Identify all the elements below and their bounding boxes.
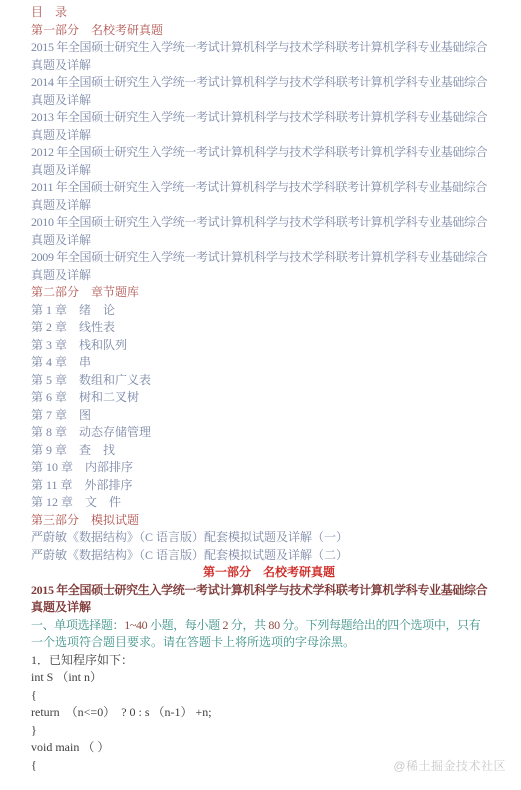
toc-exam-entry-line1: 2010 年全国硕士研究生入学统一考试计算机科学与技术学科联考计算机学科专业基础…: [31, 214, 507, 232]
toc-exam-entry-line1: 2014 年全国硕士研究生入学统一考试计算机科学与技术学科联考计算机学科专业基础…: [31, 74, 507, 92]
toc-exam-entry-line2: 真题及详解: [31, 232, 507, 250]
instruction-number: 80: [268, 618, 279, 632]
code-line: {: [31, 687, 507, 705]
instruction-text: 分。下列每题给出的四个选项中，只有: [280, 618, 481, 632]
code-line: void main （ ）: [31, 739, 507, 757]
toc-exam-entry: 2013 年全国硕士研究生入学统一考试计算机科学与技术学科联考计算机学科专业基础…: [31, 109, 507, 144]
toc-exam-entry: 2012 年全国硕士研究生入学统一考试计算机科学与技术学科联考计算机学科专业基础…: [31, 144, 507, 179]
watermark: @稀土掘金技术社区: [393, 757, 506, 774]
toc-chapter-item: 第 7 章 图: [31, 407, 507, 425]
toc-exam-entry: 2014 年全国硕士研究生入学统一考试计算机科学与技术学科联考计算机学科专业基础…: [31, 74, 507, 109]
instruction-text: 分，共: [228, 618, 268, 632]
instruction-text: 小题，每小题: [147, 618, 222, 632]
toc-exam-entry: 2009 年全国硕士研究生入学统一考试计算机科学与技术学科联考计算机学科专业基础…: [31, 249, 507, 284]
toc-exam-entry: 2010 年全国硕士研究生入学统一考试计算机科学与技术学科联考计算机学科专业基础…: [31, 214, 507, 249]
toc-exam-entry: 2015 年全国硕士研究生入学统一考试计算机科学与技术学科联考计算机学科专业基础…: [31, 39, 507, 74]
toc-chapter-item: 第 4 章 串: [31, 354, 507, 372]
toc-exam-entry-line1: 2011 年全国硕士研究生入学统一考试计算机科学与技术学科联考计算机学科专业基础…: [31, 179, 507, 197]
toc-exam-entry-line1: 2015 年全国硕士研究生入学统一考试计算机科学与技术学科联考计算机学科专业基础…: [31, 39, 507, 57]
toc-exam-entry-line1: 2009 年全国硕士研究生入学统一考试计算机科学与技术学科联考计算机学科专业基础…: [31, 249, 507, 267]
code-line: int S （int n）: [31, 669, 507, 687]
toc-exam-entry-line2: 真题及详解: [31, 92, 507, 110]
toc-mock-entry: 严蔚敏《数据结构》（C 语言版）配套模拟试题及详解（二）: [31, 547, 507, 565]
toc-chapter-item: 第 11 章 外部排序: [31, 477, 507, 495]
toc-part1-heading: 第一部分 名校考研真题: [31, 22, 507, 40]
toc-chapter-item: 第 10 章 内部排序: [31, 459, 507, 477]
code-line: }: [31, 722, 507, 740]
toc-part2-heading: 第二部分 章节题库: [31, 284, 507, 302]
instructions-line2: 一个选项符合题目要求。请在答题卡上将所选项的字母涂黑。: [31, 634, 507, 652]
toc-part3-heading: 第三部分 模拟试题: [31, 512, 507, 530]
toc-chapter-item: 第 9 章 查 找: [31, 442, 507, 460]
toc-chapter-item: 第 8 章 动态存储管理: [31, 424, 507, 442]
toc-chapter-item: 第 3 章 栈和队列: [31, 337, 507, 355]
instruction-text: 一、单项选择题：: [31, 618, 124, 632]
instructions-line1: 一、单项选择题：1~40 小题，每小题 2 分，共 80 分。下列每题给出的四个…: [31, 617, 507, 635]
code-line: return （n<=0） ? 0 : s （n-1） +n;: [31, 704, 507, 722]
toc-exam-entry-line1: 2013 年全国硕士研究生入学统一考试计算机科学与技术学科联考计算机学科专业基础…: [31, 109, 507, 127]
toc-exam-entry-line1: 2012 年全国硕士研究生入学统一考试计算机科学与技术学科联考计算机学科专业基础…: [31, 144, 507, 162]
section-heading: 第一部分 名校考研真题: [31, 564, 507, 582]
toc-exam-entry-line2: 真题及详解: [31, 197, 507, 215]
toc-title: 目 录: [31, 4, 507, 22]
instruction-number: 1~40: [124, 618, 147, 632]
toc-exam-entry-line2: 真题及详解: [31, 267, 507, 285]
toc-exam-entry: 2011 年全国硕士研究生入学统一考试计算机科学与技术学科联考计算机学科专业基础…: [31, 179, 507, 214]
toc-chapter-item: 第 6 章 树和二叉树: [31, 389, 507, 407]
toc-chapter-item: 第 12 章 文 件: [31, 494, 507, 512]
toc-exam-entry-line2: 真题及详解: [31, 57, 507, 75]
document-page: 目 录 第一部分 名校考研真题 2015 年全国硕士研究生入学统一考试计算机科学…: [0, 0, 521, 774]
toc-chapter-item: 第 1 章 绪 论: [31, 302, 507, 320]
toc-chapter-item: 第 5 章 数组和广义表: [31, 372, 507, 390]
question-lead: 1．已知程序如下：: [31, 652, 507, 670]
exam-title-line1: 2015 年全国硕士研究生入学统一考试计算机科学与技术学科联考计算机学科专业基础…: [31, 582, 507, 600]
toc-exam-entry-line2: 真题及详解: [31, 127, 507, 145]
exam-title-line2: 真题及详解: [31, 599, 507, 617]
toc-exam-entry-line2: 真题及详解: [31, 162, 507, 180]
toc-mock-entry: 严蔚敏《数据结构》（C 语言版）配套模拟试题及详解（一）: [31, 529, 507, 547]
toc-chapter-item: 第 2 章 线性表: [31, 319, 507, 337]
